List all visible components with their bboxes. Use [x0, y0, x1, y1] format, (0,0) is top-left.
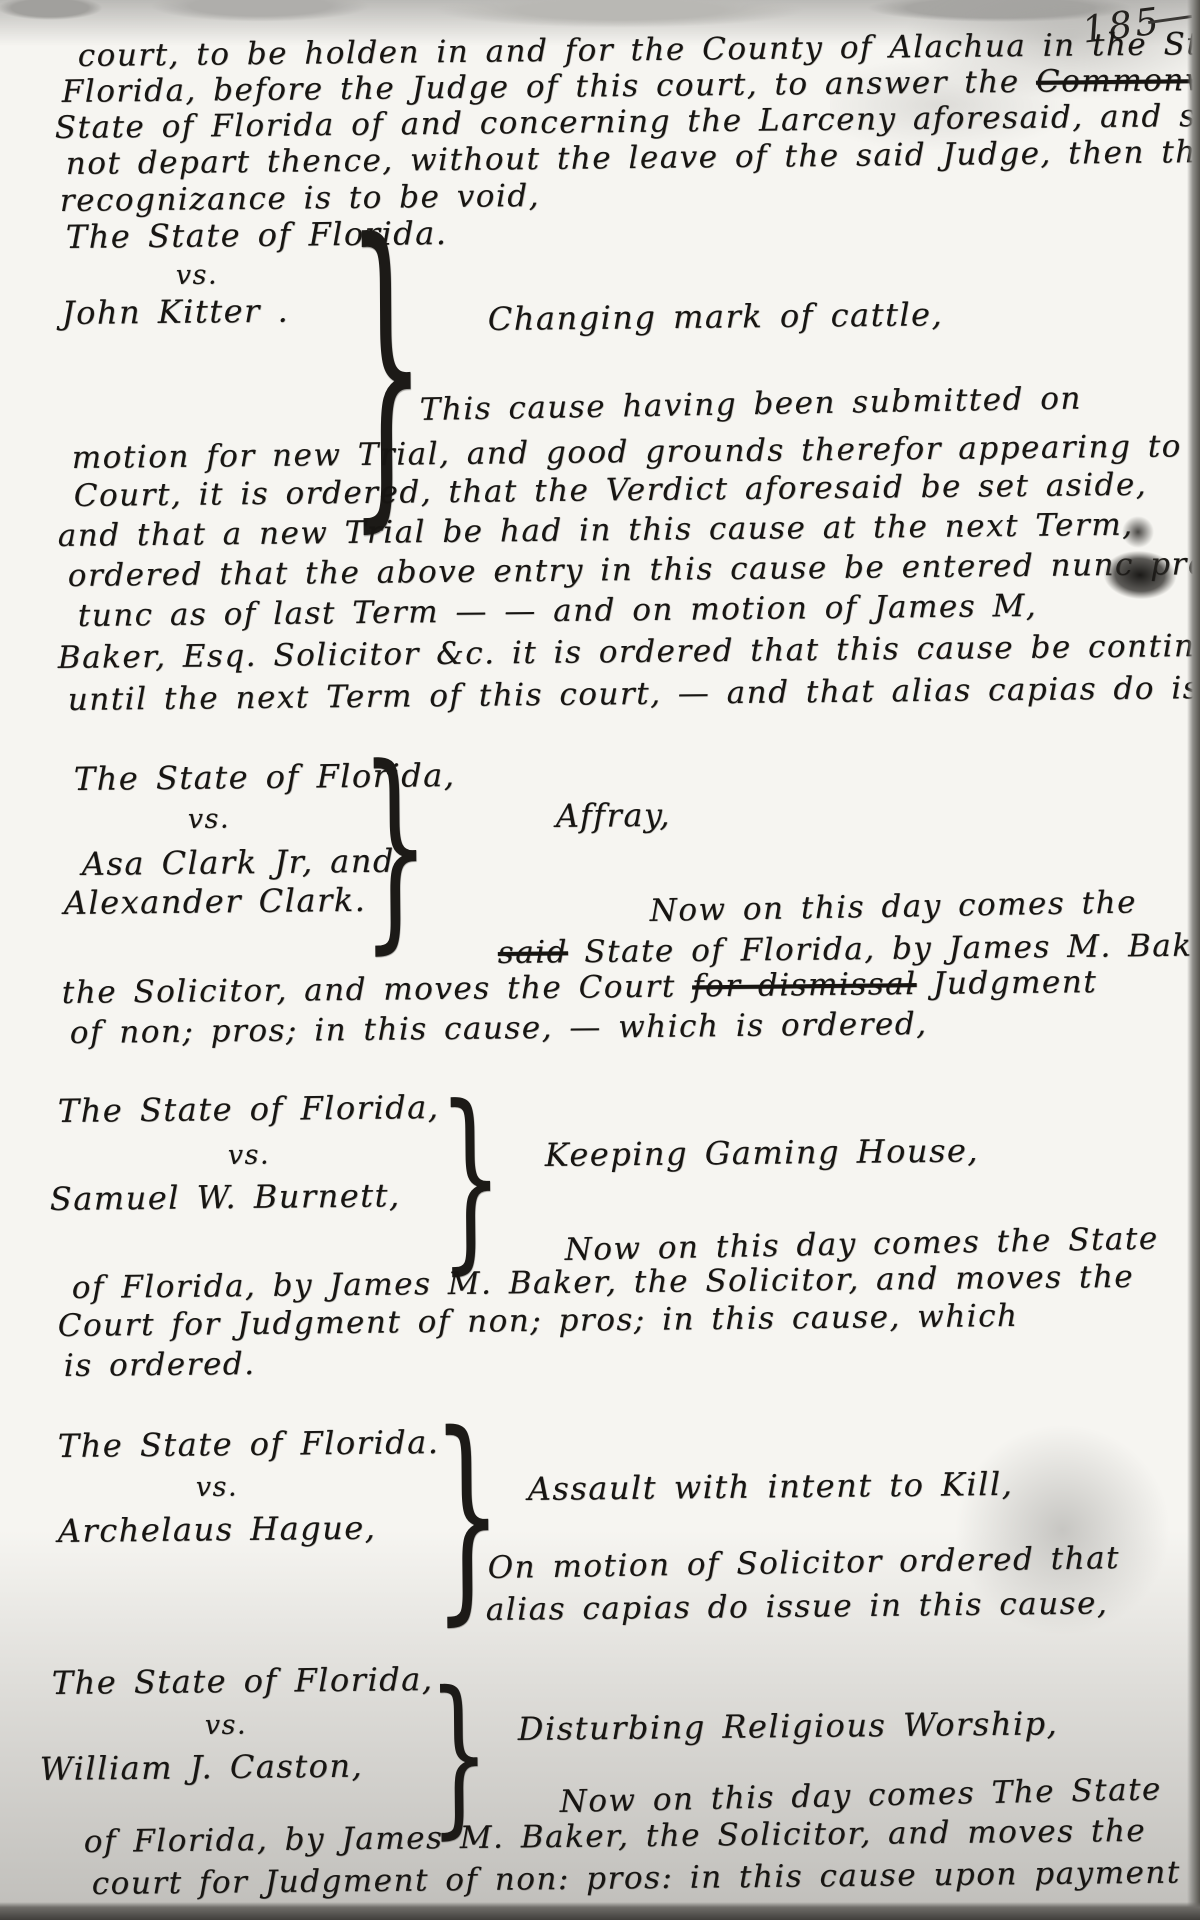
case-versus: vs. [176, 260, 219, 291]
case-charge: Changing mark of cattle, [488, 295, 944, 338]
case-plaintiff: The State of Florida. [58, 1423, 440, 1465]
case-defendant: Samuel W. Burnett, [50, 1176, 401, 1218]
case-versus: vs. [196, 1472, 239, 1503]
case-body-line: of non; pros; in this cause, — which is … [70, 1006, 928, 1051]
case-body-line: until the next Term of this court, — and… [68, 669, 1200, 718]
scan-fog-mid-right [925, 1395, 1200, 1665]
case-charge: Affray, [556, 796, 672, 835]
case-body-line: Now on this day comes the [649, 885, 1137, 929]
case-versus: vs. [188, 804, 231, 835]
case-plaintiff: The State of Florida, [58, 1088, 440, 1130]
case-brace: } [360, 740, 431, 958]
case-defendant: William J. Caston, [40, 1747, 364, 1788]
case-body-line: tunc as of last Term — — and on motion o… [78, 588, 1038, 634]
case-defendant: Archelaus Hague, [58, 1509, 377, 1550]
case-body-line: of Florida, by James M. Baker, the Solic… [84, 1813, 1147, 1860]
case-versus: vs. [205, 1710, 248, 1741]
case-body-line: the Solicitor, and moves the Court for d… [62, 964, 1098, 1011]
case-body-line: court for Judgment of non: pros: in this… [92, 1855, 1181, 1902]
case-body-line: is ordered. [64, 1346, 256, 1384]
case-charge: Disturbing Religious Worship, [518, 1704, 1059, 1748]
scanned-court-ledger-page: { "page_number": "185", "brace_glyph": "… [0, 0, 1200, 1920]
case-brace: } [438, 1080, 503, 1277]
case-brace: } [428, 1670, 490, 1843]
case-body-line: This cause having been submitted on [419, 380, 1082, 428]
case-charge: Assault with intent to Kill, [528, 1465, 1014, 1508]
case-defendant: John Kitter . [62, 292, 290, 332]
case-charge: Keeping Gaming House, [545, 1131, 980, 1174]
scan-edge-bottom [0, 1902, 1200, 1920]
case-body-line: ordered that the above entry in this cau… [68, 546, 1200, 594]
case-defendant: Asa Clark Jr, and [82, 842, 395, 883]
text-line: recognizance is to be void, [60, 178, 541, 219]
case-versus: vs. [228, 1140, 271, 1171]
case-defendant: Alexander Clark. [64, 881, 367, 922]
case-body-line: Court for Judgment of non; pros; in this… [58, 1298, 1019, 1344]
case-plaintiff: The State of Florida, [52, 1660, 434, 1702]
case-body-line: On motion of Solicitor ordered that [487, 1540, 1120, 1586]
case-body-line: Baker, Esq. Solicitor &c. it is ordered … [58, 627, 1200, 676]
case-body-line: alias capias do issue in this cause, [486, 1585, 1109, 1628]
case-body-line: and that a new Trial be had in this caus… [58, 507, 1134, 554]
